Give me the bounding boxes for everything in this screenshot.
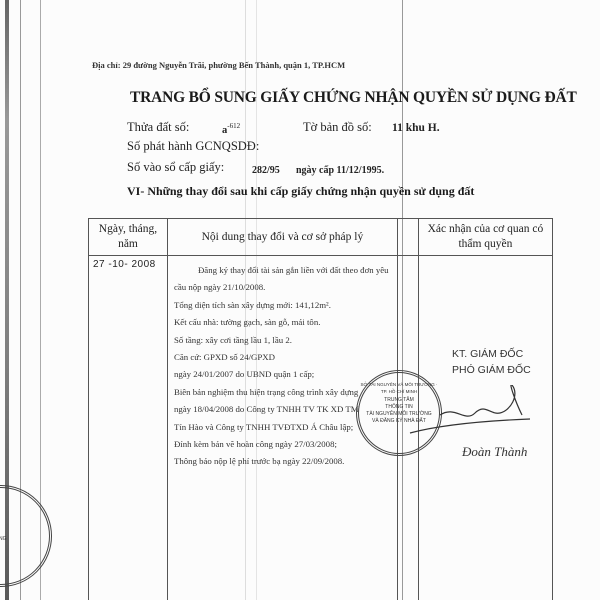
signature-title: KT. GIÁM ĐỐC PHÓ GIÁM ĐỐC bbox=[452, 346, 531, 378]
address-line: Địa chỉ: 29 đường Nguyễn Trãi, phường Bế… bbox=[92, 60, 345, 70]
map-sheet-value: 11 khu H. bbox=[392, 122, 440, 134]
signature-scribble bbox=[400, 385, 540, 445]
header-date: Ngày, tháng, năm bbox=[89, 219, 168, 256]
signer-name: Đoàn Thành bbox=[462, 444, 527, 460]
map-sheet-label: Tờ bản đồ số: bbox=[303, 120, 372, 135]
parcel-label: Thửa đất số: bbox=[127, 120, 189, 134]
section-title: VI- Những thay đổi sau khi cấp giấy chứn… bbox=[127, 184, 474, 199]
parcel-field: Thửa đất số: bbox=[127, 120, 189, 135]
table-header-row: Ngày, tháng, năm Nội dung thay đổi và cơ… bbox=[89, 219, 553, 256]
issue-date: ngày cấp 11/12/1995. bbox=[296, 165, 384, 176]
parcel-value: a-612 bbox=[222, 122, 240, 137]
partial-stamp: TÂM TIN MÔI TRƯỜNG NHÀ ĐẤT bbox=[0, 485, 52, 587]
header-confirmation: Xác nhận của cơ quan có thẩm quyền bbox=[418, 219, 552, 256]
register-label: Số vào sổ cấp giấy: bbox=[127, 160, 224, 175]
document-title: TRANG BỔ SUNG GIẤY CHỨNG NHẬN QUYỀN SỬ D… bbox=[130, 89, 577, 107]
register-value: 282/95 bbox=[252, 165, 280, 176]
header-content: Nội dung thay đổi và cơ sở pháp lý bbox=[167, 219, 397, 256]
issue-number-label: Số phát hành GCNQSDĐ: bbox=[127, 139, 259, 154]
header-blank bbox=[397, 219, 418, 256]
row-date: 27 -10- 2008 bbox=[89, 256, 168, 600]
